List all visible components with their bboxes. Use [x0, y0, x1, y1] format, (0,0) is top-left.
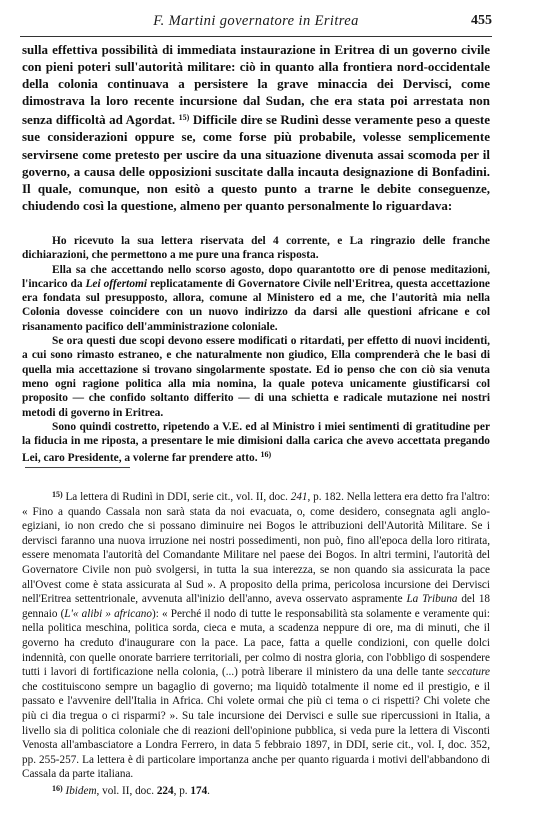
footnote-text: , p. — [174, 785, 191, 797]
body-paragraph: sulla effettiva possibilità di immediata… — [22, 41, 490, 214]
footnote-italic-text: Ibidem — [65, 785, 96, 797]
footnote-separator — [25, 467, 130, 468]
footnote-mark: 16) — [52, 784, 63, 793]
footnote-ref-15[interactable]: 15) — [179, 113, 190, 122]
running-header: F. Martini governatore in Eritrea 455 — [20, 12, 492, 37]
footnotes: 15) La lettera di Rudinì in DDI, serie c… — [22, 488, 490, 798]
quote-paragraph: Ho ricevuto la sua lettera riservata del… — [22, 234, 490, 263]
quote-text: Sono quindi costretto, ripetendo a V.E. … — [22, 421, 490, 465]
footnote-italic-text: seccature — [448, 666, 490, 678]
quote-italic-text: Lei offertomi — [85, 278, 147, 290]
quote-paragraph: Sono quindi costretto, ripetendo a V.E. … — [22, 420, 490, 466]
footnote-text: , p. 182. Nella lettera era detto fra l'… — [22, 491, 490, 605]
footnote-text: . — [207, 785, 210, 797]
footnote-italic-text: 241 — [291, 491, 308, 503]
footnote-text: che costituiscono sempre un bagaglio di … — [22, 681, 490, 781]
quote-paragraph: Se ora questi due scopi devono essere mo… — [22, 334, 490, 420]
quote-paragraph: Ella sa che accettando nello scorso agos… — [22, 263, 490, 334]
book-page: F. Martini governatore in Eritrea 455 su… — [0, 0, 550, 826]
footnote-text: La lettera di Rudinì in DDI, serie cit.,… — [63, 491, 291, 503]
footnote-bold-text: 224 — [157, 785, 174, 797]
body-text-part: Difficile dire se Rudinì desse veramente… — [22, 112, 490, 212]
footnote-text: , vol. II, doc. — [97, 785, 157, 797]
footnote-italic-text: L'« alibi » africano — [64, 608, 152, 620]
footnote-mark: 15) — [52, 490, 63, 499]
running-title: F. Martini governatore in Eritrea — [20, 13, 492, 30]
footnote-bold-text: 174 — [190, 785, 207, 797]
footnote-16: 16) Ibidem, vol. II, doc. 224, p. 174. — [22, 782, 490, 799]
footnote-15: 15) La lettera di Rudinì in DDI, serie c… — [22, 488, 490, 782]
page-number: 455 — [471, 13, 492, 29]
block-quote-letter: Ho ricevuto la sua lettera riservata del… — [22, 234, 490, 466]
footnote-ref-16[interactable]: 16) — [260, 450, 271, 459]
footnote-italic-text: La Tribuna — [406, 593, 457, 605]
